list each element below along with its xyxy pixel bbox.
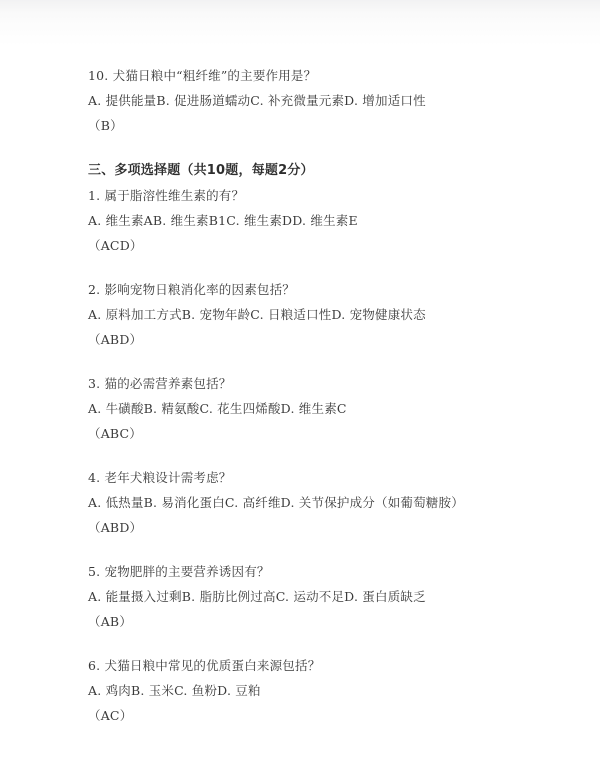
question-answer: （ABD） xyxy=(88,327,560,352)
question-block-6: 6. 犬猫日粮中常见的优质蛋白来源包括？ A. 鸡肉B. 玉米C. 鱼粉D. 豆… xyxy=(88,653,560,728)
exam-content: 10. 犬猫日粮中“粗纤维”的主要作用是？ A. 提供能量B. 促进肠道蠕动C.… xyxy=(88,63,560,747)
question-block-2: 2. 影响宠物日粮消化率的因素包括？ A. 原料加工方式B. 宠物年龄C. 日粮… xyxy=(88,277,560,352)
question-options: A. 鸡肉B. 玉米C. 鱼粉D. 豆粕 xyxy=(88,678,560,703)
question-text: 1. 属于脂溶性维生素的有？ xyxy=(88,183,560,208)
section-heading: 三、多项选择题（共10题，每题2分） xyxy=(88,158,560,183)
question-text: 10. 犬猫日粮中“粗纤维”的主要作用是？ xyxy=(88,63,560,88)
question-answer: （ABC） xyxy=(88,421,560,446)
question-options: A. 能量摄入过剩B. 脂肪比例过高C. 运动不足D. 蛋白质缺乏 xyxy=(88,584,560,609)
question-options: A. 提供能量B. 促进肠道蠕动C. 补充微量元素D. 增加适口性 xyxy=(88,88,560,113)
document-page: 10. 犬猫日粮中“粗纤维”的主要作用是？ A. 提供能量B. 促进肠道蠕动C.… xyxy=(0,0,600,776)
question-options: A. 牛磺酸B. 精氨酸C. 花生四烯酸D. 维生素C xyxy=(88,396,560,421)
question-block-3: 3. 猫的必需营养素包括？ A. 牛磺酸B. 精氨酸C. 花生四烯酸D. 维生素… xyxy=(88,371,560,446)
question-text: 5. 宠物肥胖的主要营养诱因有？ xyxy=(88,559,560,584)
question-answer: （B） xyxy=(88,113,560,138)
question-text: 4. 老年犬粮设计需考虑？ xyxy=(88,465,560,490)
question-answer: （AB） xyxy=(88,609,560,634)
question-answer: （ABD） xyxy=(88,515,560,540)
question-options: A. 低热量B. 易消化蛋白C. 高纤维D. 关节保护成分（如葡萄糖胺） xyxy=(88,490,560,515)
question-block-5: 5. 宠物肥胖的主要营养诱因有？ A. 能量摄入过剩B. 脂肪比例过高C. 运动… xyxy=(88,559,560,634)
question-answer: （AC） xyxy=(88,703,560,728)
question-block-4: 4. 老年犬粮设计需考虑？ A. 低热量B. 易消化蛋白C. 高纤维D. 关节保… xyxy=(88,465,560,540)
question-text: 3. 猫的必需营养素包括？ xyxy=(88,371,560,396)
question-options: A. 原料加工方式B. 宠物年龄C. 日粮适口性D. 宠物健康状态 xyxy=(88,302,560,327)
question-text: 2. 影响宠物日粮消化率的因素包括？ xyxy=(88,277,560,302)
page-top-shading xyxy=(0,0,600,46)
question-options: A. 维生素AB. 维生素B1C. 维生素DD. 维生素E xyxy=(88,208,560,233)
question-text: 6. 犬猫日粮中常见的优质蛋白来源包括？ xyxy=(88,653,560,678)
question-block-1: 1. 属于脂溶性维生素的有？ A. 维生素AB. 维生素B1C. 维生素DD. … xyxy=(88,183,560,258)
question-block-10: 10. 犬猫日粮中“粗纤维”的主要作用是？ A. 提供能量B. 促进肠道蠕动C.… xyxy=(88,63,560,138)
question-answer: （ACD） xyxy=(88,233,560,258)
